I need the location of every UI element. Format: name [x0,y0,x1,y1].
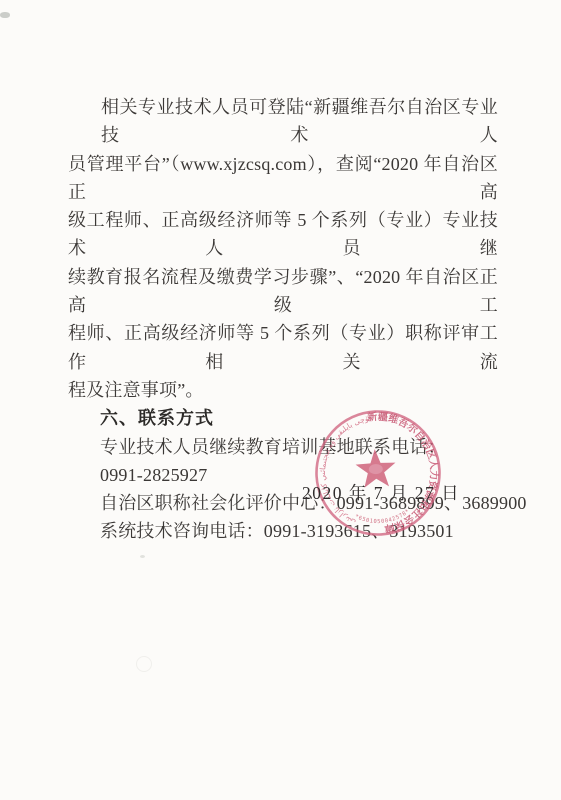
paragraph-line: 相关专业技术人员可登陆“新疆维吾尔自治区专业技术人 [68,93,498,150]
scanned-notice-page: 相关专业技术人员可登陆“新疆维吾尔自治区专业技术人 员管理平台”（www.xjz… [0,0,561,800]
scan-artifact [140,555,145,558]
paragraph-line: 级工程师、正高级经济师等 5 个系列（专业）专业技术人员继 [68,206,498,263]
scan-artifact [0,12,10,18]
official-seal-stamp: 新疆维吾尔自治区人力资源和社会保障厅 شىنجاڭ ئۇيغۇر ئاپتونو… [299,394,457,552]
paragraph-line: 续教育报名流程及缴费学习步骤”、“2020 年自治区正高级工 [68,263,498,320]
svg-text:شىنجاڭ ئۇيغۇر ئاپتونوم رايونلۇ: شىنجاڭ ئۇيغۇر ئاپتونوم رايونلۇق ئىنسان ك… [299,394,375,530]
scan-artifact [136,656,152,672]
paragraph-line: 程师、正高级经济师等 5 个系列（专业）职称评审工作相关流 [68,319,498,376]
issue-date: 2020 年 7 月 27 日 [302,480,460,505]
seal-uyghur-text: شىنجاڭ ئۇيغۇر ئاپتونوم رايونلۇق ئىنسان ك… [299,394,375,530]
paragraph-line: 员管理平台”（www.xjzcsq.com），查阅“2020 年自治区正高 [68,150,498,207]
